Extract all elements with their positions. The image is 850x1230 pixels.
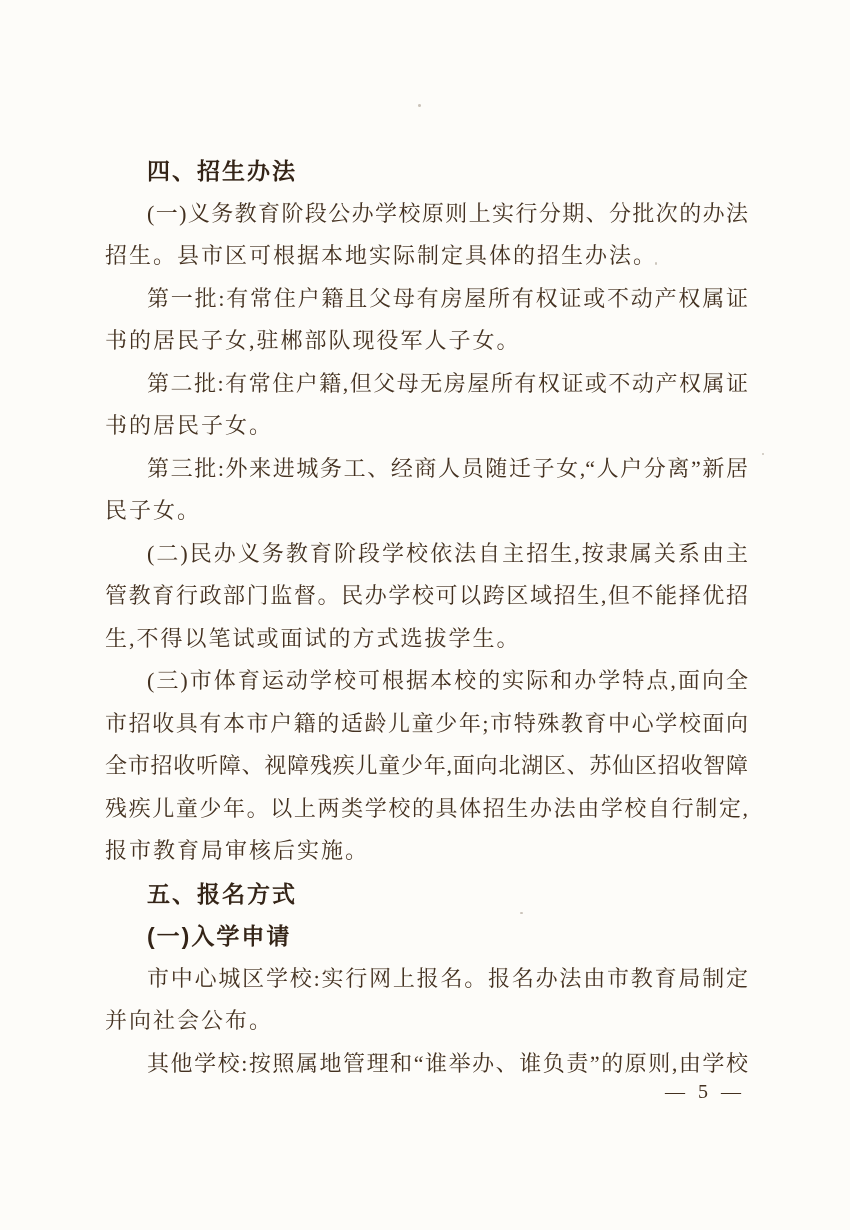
subsection-heading-enrollment-application: (一)入学申请 bbox=[105, 915, 748, 958]
scan-speck bbox=[762, 453, 764, 455]
paragraph-line: 第二批:有常住户籍,但父母无房屋所有权证或不动产权属证 bbox=[105, 363, 748, 406]
paragraph-line: 市招收具有本市户籍的适龄儿童少年;市特殊教育中心学校面向 bbox=[105, 703, 748, 746]
paragraph-line: 管教育行政部门监督。民办学校可以跨区域招生,但不能择优招 bbox=[105, 575, 748, 618]
paragraph-line: 生,不得以笔试或面试的方式选拔学生。 bbox=[105, 618, 748, 661]
scan-speck bbox=[520, 912, 523, 914]
document-body: 四、招生办法 (一)义务教育阶段公办学校原则上实行分期、分批次的办法 招生。县市… bbox=[105, 150, 748, 1085]
paragraph-line: 残疾儿童少年。以上两类学校的具体招生办法由学校自行制定, bbox=[105, 788, 748, 831]
paragraph-line: 并向社会公布。 bbox=[105, 1000, 748, 1043]
paragraph-line: 民子女。 bbox=[105, 490, 748, 533]
paragraph-line: 全市招收听障、视障残疾儿童少年,面向北湖区、苏仙区招收智障 bbox=[105, 745, 748, 788]
paragraph-line: (三)市体育运动学校可根据本校的实际和办学特点,面向全 bbox=[105, 660, 748, 703]
document-page: 四、招生办法 (一)义务教育阶段公办学校原则上实行分期、分批次的办法 招生。县市… bbox=[0, 0, 850, 1230]
scan-speck bbox=[418, 104, 421, 107]
paragraph-line: 第一批:有常住户籍且父母有房屋所有权证或不动产权属证 bbox=[105, 278, 748, 321]
scan-speck bbox=[655, 262, 657, 265]
paragraph-line: 招生。县市区可根据本地实际制定具体的招生办法。 bbox=[105, 235, 748, 278]
page-number: — 5 — bbox=[105, 1078, 745, 1106]
paragraph-line: 书的居民子女,驻郴部队现役军人子女。 bbox=[105, 320, 748, 363]
paragraph-line: (一)义务教育阶段公办学校原则上实行分期、分批次的办法 bbox=[105, 193, 748, 236]
paragraph-line: 市中心城区学校:实行网上报名。报名办法由市教育局制定 bbox=[105, 958, 748, 1001]
paragraph-line: (二)民办义务教育阶段学校依法自主招生,按隶属关系由主 bbox=[105, 533, 748, 576]
section-heading-registration-methods: 五、报名方式 bbox=[105, 873, 748, 916]
paragraph-line: 第三批:外来进城务工、经商人员随迁子女,“人户分离”新居 bbox=[105, 448, 748, 491]
paragraph-line: 书的居民子女。 bbox=[105, 405, 748, 448]
paragraph-line: 报市教育局审核后实施。 bbox=[105, 830, 748, 873]
section-heading-enrollment-methods: 四、招生办法 bbox=[105, 150, 748, 193]
